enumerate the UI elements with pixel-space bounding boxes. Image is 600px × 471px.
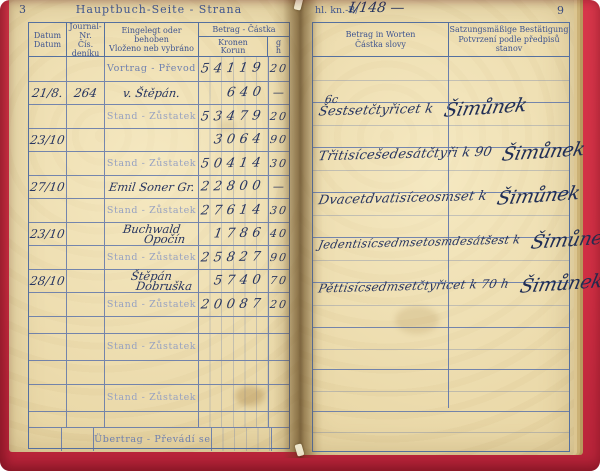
amount-kronen: 25827 xyxy=(200,249,266,265)
amount-haler: — xyxy=(272,86,287,99)
amount-kronen: 5740 xyxy=(213,273,267,289)
amount-kronen: 27614 xyxy=(200,202,266,218)
amount-haler: — xyxy=(272,180,287,193)
amount-haler: 70 xyxy=(269,274,289,287)
left-page: 3 Hauptbuch-Seite - Strana Datum Datum J… xyxy=(9,0,299,452)
words-row xyxy=(313,57,569,102)
entry-name: v. Štěpán. xyxy=(122,86,181,100)
ledger-row xyxy=(29,360,289,384)
amounts-table: Datum Datum Journal-Nr. Čís. deníku Eing… xyxy=(28,22,290,449)
words-row xyxy=(313,369,569,411)
description-header-de: Eingelegt oder behoben xyxy=(105,26,198,44)
haler-cell: 20 xyxy=(268,105,289,128)
description-header-cz: Vloženo neb vybráno xyxy=(105,44,198,53)
ledger-book: 3 Hauptbuch-Seite - Strana Datum Datum J… xyxy=(0,0,600,471)
entry-date: 23/10 xyxy=(29,227,66,241)
haler-cell: — xyxy=(268,176,289,199)
journal-cell xyxy=(66,176,104,199)
kronen-cell xyxy=(211,428,271,451)
date-cell: 23/10 xyxy=(29,223,66,246)
ledger-row: Stand - Zůstatek2008720 xyxy=(29,292,289,316)
amounts-table-header: Datum Datum Journal-Nr. Čís. deníku Eing… xyxy=(29,23,289,57)
signature: Šimůnek xyxy=(529,226,600,254)
journal-header-cz: Čís. deníku xyxy=(67,40,104,58)
confirmation-header-de: Satzungsmäßige Bestätigung xyxy=(449,25,569,35)
haler-cell: 70 xyxy=(268,270,289,293)
printed-row-label: Stand - Zůstatek xyxy=(107,158,196,169)
date-header-de: Datum xyxy=(29,31,66,40)
date-cell xyxy=(29,385,66,411)
date-cell xyxy=(29,361,66,384)
description-cell: Stand - Zůstatek xyxy=(104,105,198,128)
journal-cell xyxy=(61,428,94,451)
amount-words-line: Pěttisícsedmsetčtyřicet k 70 hŠimůnek xyxy=(319,273,567,303)
ledger-row: Stand - Zůstatek xyxy=(29,384,289,411)
ledger-row: Übertrag - Převádí se xyxy=(29,427,289,451)
date-cell: 28/10 xyxy=(29,270,66,293)
right-page-number: 9 xyxy=(557,4,564,17)
kronen-cell: 54119 xyxy=(198,57,268,81)
date-column-header: Datum Datum xyxy=(29,23,66,56)
confirmation-header-cz: Potvrzení podle předpisů stanov xyxy=(449,35,569,54)
haler-cell xyxy=(268,317,289,333)
haler-cell: 90 xyxy=(268,129,289,152)
ledger-row: 27/10Emil Soner Gr.22800— xyxy=(29,175,289,199)
ledger-row: Stand - Zůstatek2761430 xyxy=(29,198,289,222)
journal-cell xyxy=(66,246,104,269)
printed-row-label: Stand - Zůstatek xyxy=(107,252,196,263)
haler-cell: 30 xyxy=(268,199,289,222)
amount-in-words: Šestsetčtyřicet k xyxy=(317,102,434,120)
kronen-cell: 53479 xyxy=(198,105,268,128)
journal-cell xyxy=(66,293,104,316)
haler-cell: — xyxy=(268,82,289,105)
words-header-de: Betrag in Worten xyxy=(313,30,448,40)
haler-subheader: g h xyxy=(267,37,289,56)
amount-column-header: Betrag - Částka Kronen Korun g h xyxy=(198,23,289,56)
kronen-cell: 3064 xyxy=(198,129,268,152)
entry-date: 28/10 xyxy=(29,274,66,288)
haler-label-cz: h xyxy=(268,47,289,55)
kronen-cell xyxy=(198,385,268,411)
ledger-row: Vortrag - Převod5411920 xyxy=(29,57,289,81)
kronen-cell: 640 xyxy=(198,82,268,105)
ledger-row xyxy=(29,411,289,427)
journal-cell xyxy=(66,412,104,427)
kronen-cell: 1786 xyxy=(198,223,268,246)
printed-row-label: Stand - Zůstatek xyxy=(107,205,196,216)
journal-cell xyxy=(66,385,104,411)
amount-words-line: Třitisícešedesátčtyři k 90Šimůnek xyxy=(319,141,567,171)
date-header-cz: Datum xyxy=(29,40,66,49)
amount-haler: 20 xyxy=(269,62,289,75)
journal-cell xyxy=(66,270,104,293)
words-table-header: Betrag in Worten Částka slovy Satzungsmä… xyxy=(313,23,569,57)
amount-kronen: 50414 xyxy=(200,155,266,171)
words-header-cz: Částka slovy xyxy=(313,40,448,50)
amount-kronen: 53479 xyxy=(200,108,266,124)
haler-cell: 20 xyxy=(268,57,289,81)
haler-cell xyxy=(271,428,289,451)
amount-words-line: Dvacetdvatisíceosmset kŠimůnek xyxy=(319,185,567,215)
date-cell xyxy=(29,428,61,451)
amount-words-line: Šestsetčtyřicet kŠimůnek xyxy=(319,97,567,127)
amount-haler: 30 xyxy=(269,157,289,170)
journal-cell xyxy=(66,105,104,128)
description-cell: Emil Soner Gr. xyxy=(104,176,198,199)
kronen-cell xyxy=(198,361,268,384)
amount-kronen: 54119 xyxy=(200,61,266,77)
description-cell: BuchwaldOpočín xyxy=(104,223,198,246)
date-cell xyxy=(29,412,66,427)
amount-kronen: 20087 xyxy=(200,296,266,312)
haler-cell: 40 xyxy=(268,223,289,246)
amount-haler: 90 xyxy=(269,251,289,264)
description-cell: Stand - Zůstatek xyxy=(104,385,198,411)
date-cell: 27/10 xyxy=(29,176,66,199)
date-cell: 21/8. xyxy=(29,82,66,105)
entry-date: 23/10 xyxy=(29,133,66,147)
signature: Šimůnek xyxy=(500,138,587,166)
journal-cell xyxy=(66,152,104,175)
right-page: hl. kn.-B/ I/148 — 9 Betrag in Worten Čá… xyxy=(299,0,574,455)
date-cell xyxy=(29,293,66,316)
kronen-cell xyxy=(198,317,268,333)
amount-header-title: Betrag - Částka xyxy=(199,23,289,37)
journal-header-de: Journal-Nr. xyxy=(67,22,104,40)
ledger-row: 23/10BuchwaldOpočín178640 xyxy=(29,222,289,246)
description-cell: Stand - Zůstatek xyxy=(104,199,198,222)
journal-cell xyxy=(66,199,104,222)
words-column-header: Betrag in Worten Částka slovy xyxy=(313,23,448,56)
ledger-row: Stand - Zůstatek xyxy=(29,333,289,360)
haler-cell xyxy=(268,361,289,384)
kronen-cell xyxy=(198,334,268,360)
description-cell xyxy=(104,412,198,427)
haler-cell xyxy=(268,412,289,427)
ledger-row: Stand - Zůstatek5041430 xyxy=(29,151,289,175)
journal-cell xyxy=(66,317,104,333)
amount-kronen: 640 xyxy=(225,85,266,101)
description-cell xyxy=(104,129,198,152)
amount-haler: 20 xyxy=(269,298,289,311)
description-cell: Vortrag - Převod xyxy=(104,57,198,81)
description-cell xyxy=(104,317,198,333)
kronen-cell: 50414 xyxy=(198,152,268,175)
amount-in-words: Jedentisícsedmsetosmdesátšest k xyxy=(317,232,522,251)
entry-name-line2: Opočín xyxy=(143,232,186,246)
date-cell xyxy=(29,152,66,175)
haler-cell: 30 xyxy=(268,152,289,175)
amount-kronen: 22800 xyxy=(200,179,266,195)
ledger-row xyxy=(29,316,289,333)
description-cell xyxy=(104,361,198,384)
haler-label-de: g xyxy=(268,39,289,47)
description-cell: v. Štěpán. xyxy=(104,82,198,105)
left-page-title: Hauptbuch-Seite - Strana xyxy=(28,3,290,16)
printed-row-label: Stand - Zůstatek xyxy=(107,392,196,403)
kronen-label-cz: Korun xyxy=(199,47,267,55)
date-cell xyxy=(29,317,66,333)
amount-haler: 20 xyxy=(269,110,289,123)
column-divider xyxy=(448,56,449,408)
journal-cell xyxy=(66,57,104,81)
haler-cell xyxy=(268,385,289,411)
signature: Šimůnek xyxy=(517,270,600,298)
kronen-cell: 27614 xyxy=(198,199,268,222)
book-number-handwritten: I/148 — xyxy=(348,0,406,16)
journal-column-header: Journal-Nr. Čís. deníku xyxy=(66,23,104,56)
amount-kronen: 1786 xyxy=(213,226,267,242)
kronen-cell: 25827 xyxy=(198,246,268,269)
kronen-subheader: Kronen Korun xyxy=(199,37,267,56)
amount-haler: 30 xyxy=(269,204,289,217)
description-cell: Stand - Zůstatek xyxy=(104,152,198,175)
printed-row-label: Stand - Zůstatek xyxy=(107,299,196,310)
kronen-cell xyxy=(198,412,268,427)
entry-name: Emil Soner Gr. xyxy=(108,180,196,194)
description-cell: ŠtěpánDobruška xyxy=(104,270,198,293)
left-page-number: 3 xyxy=(19,3,26,16)
date-cell xyxy=(29,199,66,222)
confirmation-column-header: Satzungsmäßige Bestätigung Potvrzení pod… xyxy=(448,23,569,56)
date-cell xyxy=(29,246,66,269)
date-cell xyxy=(29,334,66,360)
ledger-row: 21/8.264v. Štěpán.640— xyxy=(29,81,289,105)
words-table: Betrag in Worten Částka slovy Satzungsmä… xyxy=(312,22,570,452)
amount-haler: 40 xyxy=(269,227,289,240)
kronen-cell: 5740 xyxy=(198,270,268,293)
journal-cell: 264 xyxy=(66,82,104,105)
journal-cell xyxy=(66,223,104,246)
description-cell: Stand - Zůstatek xyxy=(104,246,198,269)
haler-cell: 20 xyxy=(268,293,289,316)
date-cell: 23/10 xyxy=(29,129,66,152)
amount-haler: 90 xyxy=(269,133,289,146)
entry-name-line2: Dobruška xyxy=(135,279,193,293)
description-column-header: Eingelegt oder behoben Vloženo neb vybrá… xyxy=(104,23,198,56)
printed-row-label: Stand - Zůstatek xyxy=(107,341,196,352)
amount-kronen: 3064 xyxy=(213,132,267,148)
kronen-cell: 22800 xyxy=(198,176,268,199)
entry-date: 27/10 xyxy=(29,180,66,194)
words-rows: 6c Šestsetčtyřicet kŠimůnek Třitisícešed… xyxy=(313,57,569,451)
printed-row-label: Stand - Zůstatek xyxy=(107,111,196,122)
ledger-row: 23/10306490 xyxy=(29,128,289,152)
description-cell: Übertrag - Převádí se xyxy=(93,428,210,451)
date-cell xyxy=(29,105,66,128)
printed-row-label: Vortrag - Převod xyxy=(107,63,196,74)
ledger-row: Stand - Zůstatek2582790 xyxy=(29,245,289,269)
printed-row-label: Übertrag - Převádí se xyxy=(94,434,210,445)
haler-cell xyxy=(268,334,289,360)
signature: Šimůnek xyxy=(442,94,529,122)
ledger-row: Stand - Zůstatek5347920 xyxy=(29,104,289,128)
journal-cell xyxy=(66,334,104,360)
journal-cell xyxy=(66,361,104,384)
words-row xyxy=(313,411,569,451)
journal-number: 264 xyxy=(73,86,98,100)
date-cell xyxy=(29,57,66,81)
amount-in-words: Pěttisícsedmsetčtyřicet k 70 h xyxy=(317,277,510,296)
amount-in-words: Třitisícešedesátčtyři k 90 xyxy=(317,145,493,165)
amount-in-words: Dvacetdvatisíceosmset k xyxy=(317,189,488,208)
words-row xyxy=(313,327,569,369)
description-cell: Stand - Zůstatek xyxy=(104,293,198,316)
haler-cell: 90 xyxy=(268,246,289,269)
entry-date: 21/8. xyxy=(31,86,64,100)
signature: Šimůnek xyxy=(495,182,582,210)
amount-words-line: Jedentisícsedmsetosmdesátšest kŠimůnek xyxy=(319,229,567,259)
description-cell: Stand - Zůstatek xyxy=(104,334,198,360)
ledger-rows: Vortrag - Převod541192021/8.264v. Štěpán… xyxy=(29,57,289,451)
journal-cell xyxy=(66,129,104,152)
ledger-row: 28/10ŠtěpánDobruška574070 xyxy=(29,269,289,293)
kronen-cell: 20087 xyxy=(198,293,268,316)
